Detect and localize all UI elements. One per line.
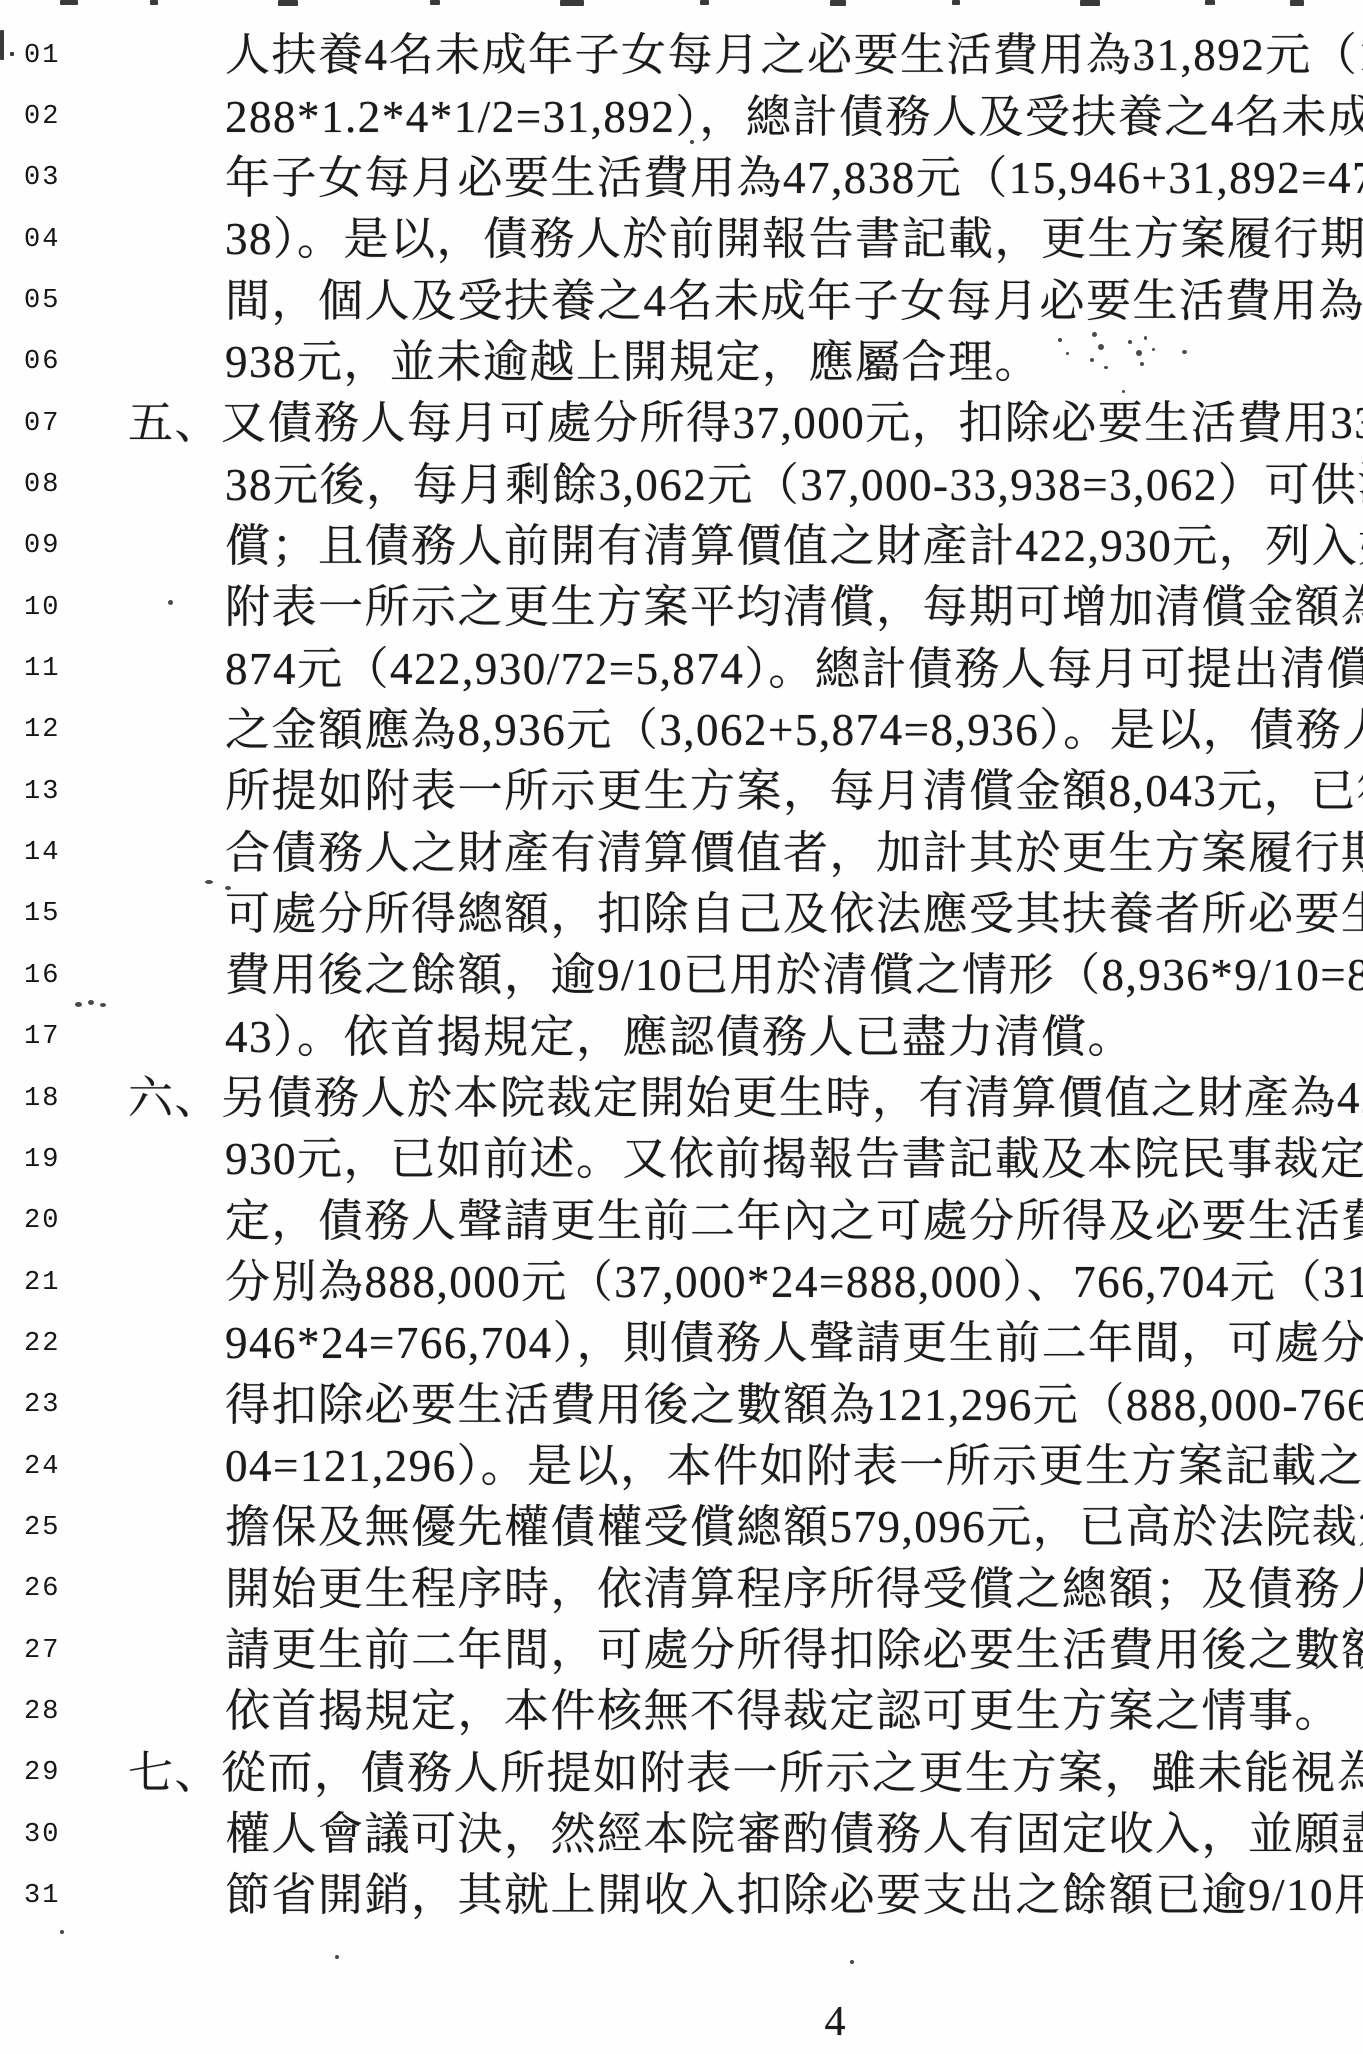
document-line: 09 償；且債務人前開有清算價值之財產計422,930元，列入如 <box>0 516 1363 577</box>
document-line: 25 擔保及無優先權債權受償總額579,096元，已高於法院裁定 <box>0 1497 1363 1558</box>
document-line: 07 五、又債務人每月可處分所得37,000元，扣除必要生活費用33,9 <box>0 393 1363 454</box>
document-line: 15 可處分所得總額，扣除自己及依法應受其扶養者所必要生活 <box>0 884 1363 945</box>
page-number: 4 <box>800 1998 870 2046</box>
line-number: 10 <box>24 593 60 623</box>
line-number: 16 <box>24 961 60 991</box>
line-number: 02 <box>24 102 60 132</box>
document-line: 31 節省開銷，其就上開收入扣除必要支出之餘額已逾9/10用於 <box>0 1865 1363 1926</box>
line-number: 30 <box>24 1820 60 1850</box>
document-line: 29 七、從而，債務人所提如附表一所示之更生方案，雖未能視為債 <box>0 1743 1363 1804</box>
line-number: 22 <box>24 1329 60 1359</box>
line-text: 請更生前二年間，可處分所得扣除必要生活費用後之數額。 <box>0 1628 1363 1673</box>
document-body: 01 人扶養4名未成年子女每月之必要生活費用為31,892元（13, 02 28… <box>0 25 1363 1927</box>
line-text: 年子女每月必要生活費用為47,838元（15,946+31,892=47,8 <box>0 156 1363 201</box>
line-text: 擔保及無優先權債權受償總額579,096元，已高於法院裁定 <box>0 1505 1363 1550</box>
document-line: 04 38）。是以，債務人於前開報告書記載，更生方案履行期 <box>0 209 1363 270</box>
line-text: 所提如附表一所示更生方案，每月清償金額8,043元，已符 <box>0 769 1363 814</box>
document-line: 27 請更生前二年間，可處分所得扣除必要生活費用後之數額。 <box>0 1620 1363 1681</box>
line-number: 07 <box>24 409 60 439</box>
line-number: 03 <box>24 163 60 193</box>
line-number: 14 <box>24 838 60 868</box>
line-number: 13 <box>24 777 60 807</box>
line-number: 27 <box>24 1636 60 1666</box>
line-text: 38）。是以，債務人於前開報告書記載，更生方案履行期 <box>0 217 1363 262</box>
line-text: 五、又債務人每月可處分所得37,000元，扣除必要生活費用33,9 <box>0 401 1363 446</box>
line-number: 09 <box>24 531 60 561</box>
line-number: 17 <box>24 1022 60 1052</box>
document-line: 30 權人會議可決，然經本院審酌債務人有固定收入，並願盡力 <box>0 1804 1363 1865</box>
line-text: 附表一所示之更生方案平均清償，每期可增加清償金額為5, <box>0 585 1363 630</box>
line-number: 26 <box>24 1574 60 1604</box>
line-text: 之金額應為8,936元（3,062+5,874=8,936）。是以，債務人 <box>0 708 1363 753</box>
document-line: 10 附表一所示之更生方案平均清償，每期可增加清償金額為5, <box>0 577 1363 638</box>
line-text: 946*24=766,704），則債務人聲請更生前二年間，可處分所 <box>0 1321 1363 1366</box>
line-text: 節省開銷，其就上開收入扣除必要支出之餘額已逾9/10用於 <box>0 1873 1363 1918</box>
document-line: 21 分別為888,000元（37,000*24=888,000）、766,70… <box>0 1252 1363 1313</box>
line-text: 費用後之餘額，逾9/10已用於清償之情形（8,936*9/10=8,0 <box>0 953 1363 998</box>
line-number: 11 <box>24 654 60 684</box>
line-number: 29 <box>24 1758 60 1788</box>
line-text: 依首揭規定，本件核無不得裁定認可更生方案之情事。 <box>0 1689 1341 1734</box>
line-text: 七、從而，債務人所提如附表一所示之更生方案，雖未能視為債 <box>0 1751 1363 1796</box>
document-line: 23 得扣除必要生活費用後之數額為121,296元（888,000-766,7 <box>0 1375 1363 1436</box>
line-number: 18 <box>24 1084 60 1114</box>
document-line: 24 04=121,296）。是以，本件如附表一所示更生方案記載之無 <box>0 1436 1363 1497</box>
line-number: 28 <box>24 1697 60 1727</box>
document-line: 28 依首揭規定，本件核無不得裁定認可更生方案之情事。 <box>0 1681 1363 1742</box>
line-text: 六、另債務人於本院裁定開始更生時，有清算價值之財產為422, <box>0 1076 1363 1121</box>
scanned-court-document-page: 01 人扶養4名未成年子女每月之必要生活費用為31,892元（13, 02 28… <box>0 0 1363 2054</box>
line-number: 19 <box>24 1145 60 1175</box>
line-text: 04=121,296）。是以，本件如附表一所示更生方案記載之無 <box>0 1444 1363 1489</box>
line-number: 31 <box>24 1881 60 1911</box>
line-number: 20 <box>24 1206 60 1236</box>
document-line: 16 費用後之餘額，逾9/10已用於清償之情形（8,936*9/10=8,0 <box>0 945 1363 1006</box>
line-number: 06 <box>24 347 60 377</box>
line-text: 288*1.2*4*1/2=31,892），總計債務人及受扶養之4名未成 <box>0 95 1363 140</box>
line-text: 43）。依首揭規定，應認債務人已盡力清償。 <box>0 1015 1134 1060</box>
line-text: 間，個人及受扶養之4名未成年子女每月必要生活費用為33, <box>0 279 1363 324</box>
line-text: 開始更生程序時，依清算程序所得受償之總額；及債務人聲 <box>0 1567 1363 1612</box>
document-line: 03 年子女每月必要生活費用為47,838元（15,946+31,892=47,… <box>0 148 1363 209</box>
document-line: 22 946*24=766,704），則債務人聲請更生前二年間，可處分所 <box>0 1313 1363 1374</box>
line-number: 08 <box>24 470 60 500</box>
line-text: 權人會議可決，然經本院審酌債務人有固定收入，並願盡力 <box>0 1812 1363 1857</box>
line-number: 24 <box>24 1452 60 1482</box>
document-line: 20 定，債務人聲請更生前二年內之可處分所得及必要生活費用 <box>0 1191 1363 1252</box>
document-line: 06 938元，並未逾越上開規定，應屬合理。 <box>0 332 1363 393</box>
document-line: 12 之金額應為8,936元（3,062+5,874=8,936）。是以，債務人 <box>0 700 1363 761</box>
document-line: 02 288*1.2*4*1/2=31,892），總計債務人及受扶養之4名未成 <box>0 86 1363 147</box>
line-number: 25 <box>24 1513 60 1543</box>
document-line: 13 所提如附表一所示更生方案，每月清償金額8,043元，已符 <box>0 761 1363 822</box>
document-line: 18 六、另債務人於本院裁定開始更生時，有清算價值之財產為422, <box>0 1068 1363 1129</box>
document-line: 01 人扶養4名未成年子女每月之必要生活費用為31,892元（13, <box>0 25 1363 86</box>
line-text: 得扣除必要生活費用後之數額為121,296元（888,000-766,7 <box>0 1383 1363 1428</box>
line-text: 償；且債務人前開有清算價值之財產計422,930元，列入如 <box>0 524 1363 569</box>
line-text: 定，債務人聲請更生前二年內之可處分所得及必要生活費用 <box>0 1199 1363 1244</box>
line-number: 12 <box>24 715 60 745</box>
line-text: 合債務人之財產有清算價值者，加計其於更生方案履行期間 <box>0 831 1363 876</box>
line-text: 938元，並未逾越上開規定，應屬合理。 <box>0 340 1041 385</box>
document-line: 11 874元（422,930/72=5,874）。總計債務人每月可提出清償 <box>0 638 1363 699</box>
line-text: 38元後，每月剩餘3,062元（37,000-33,938=3,062）可供清 <box>0 463 1363 508</box>
line-number: 01 <box>24 41 60 71</box>
line-number: 04 <box>24 225 60 255</box>
line-text: 930元，已如前述。又依前揭報告書記載及本院民事裁定認 <box>0 1137 1363 1182</box>
document-line: 08 38元後，每月剩餘3,062元（37,000-33,938=3,062）可… <box>0 454 1363 515</box>
line-text: 分別為888,000元（37,000*24=888,000）、766,704元（… <box>0 1260 1363 1305</box>
line-number: 21 <box>24 1268 60 1298</box>
document-line: 14 合債務人之財產有清算價值者，加計其於更生方案履行期間 <box>0 822 1363 883</box>
line-number: 05 <box>24 286 60 316</box>
line-number: 15 <box>24 899 60 929</box>
line-text: 可處分所得總額，扣除自己及依法應受其扶養者所必要生活 <box>0 892 1363 937</box>
line-text: 人扶養4名未成年子女每月之必要生活費用為31,892元（13, <box>0 33 1363 78</box>
line-text: 874元（422,930/72=5,874）。總計債務人每月可提出清償 <box>0 647 1363 692</box>
document-line: 19 930元，已如前述。又依前揭報告書記載及本院民事裁定認 <box>0 1129 1363 1190</box>
line-number: 23 <box>24 1390 60 1420</box>
document-line: 17 43）。依首揭規定，應認債務人已盡力清償。 <box>0 1007 1363 1068</box>
document-line: 05 間，個人及受扶養之4名未成年子女每月必要生活費用為33, <box>0 270 1363 331</box>
document-line: 26 開始更生程序時，依清算程序所得受償之總額；及債務人聲 <box>0 1559 1363 1620</box>
